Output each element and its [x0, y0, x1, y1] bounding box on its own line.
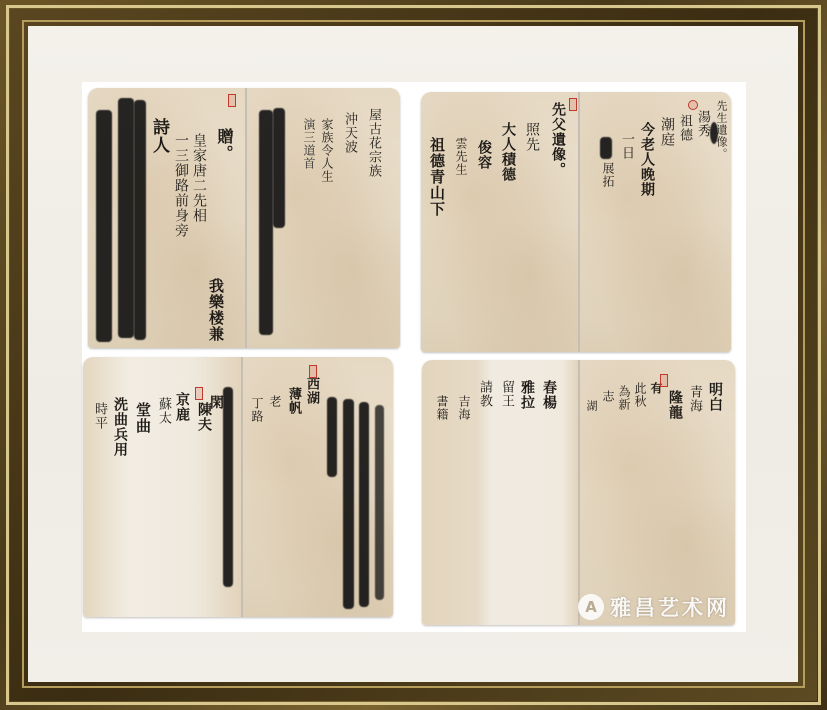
ink-censor-stroke	[118, 98, 134, 338]
text-column: 湖	[586, 400, 597, 412]
watermark-logo-icon: A	[578, 594, 604, 620]
text-column: 蘇太	[157, 397, 170, 425]
text-column: 祖德青山下	[429, 137, 444, 217]
ink-censor-stroke	[343, 399, 354, 609]
text-column: 詩人	[150, 118, 167, 154]
text-column: 吉海	[458, 395, 470, 421]
right-page: 丁路 老 薄帆 西湖	[243, 357, 393, 617]
text-column: 一三御路前身旁	[174, 133, 188, 238]
text-column: 照先	[525, 122, 539, 152]
red-seal	[228, 94, 236, 107]
text-column: 湯秀	[696, 110, 709, 138]
text-column: 此秋	[634, 382, 646, 408]
text-column: 俊容	[477, 140, 491, 170]
heading: 贈。	[216, 128, 232, 162]
right-page: 展拓 一日 今老人晚期 潮庭 祖德 湯秀 先生遺像。	[580, 92, 731, 352]
ink-censor-stroke	[259, 110, 273, 335]
ink-censor-stroke	[327, 397, 337, 477]
right-page: 演三道首 家族令人生 沖天波 屋古花宗族	[247, 88, 400, 348]
text-column: 洗曲兵用	[113, 397, 127, 457]
watermark: A 雅昌艺术网	[578, 590, 748, 624]
ink-censor-stroke	[273, 108, 285, 228]
text-column: 堂曲	[135, 402, 150, 434]
text-column: 雅拉	[520, 380, 534, 410]
ink-censor-stroke	[223, 387, 233, 587]
left-page: 書籍 吉海 請教 留王 雅拉 春楊	[422, 360, 578, 625]
left-page: 時平 洗曲兵用 堂曲 蘇太 京鹿 陳夫 閑	[83, 357, 241, 617]
text-column: 書籍	[436, 395, 448, 421]
manuscript-spread-top-left: 詩人 一三御路前身旁 皇家唐二先相 我樂楼兼 贈。 演三道首 家族令人生 沖天波…	[88, 88, 400, 348]
text-column: 閑	[209, 395, 223, 410]
ink-censor-stroke	[134, 100, 146, 340]
ink-blot	[600, 137, 612, 159]
ink-censor-stroke	[375, 405, 384, 600]
text-column: 京鹿	[175, 392, 189, 422]
manuscript-spread-bottom-right: 書籍 吉海 請教 留王 雅拉 春楊 湖 志 為新 此秋 有 隆龍 青海 明白	[422, 360, 735, 625]
heading: 先生遺像。	[716, 100, 727, 160]
text-column: 時平	[93, 402, 106, 430]
text-column: 祖德	[678, 114, 691, 142]
text-column: 老	[269, 395, 281, 408]
manuscript-spread-top-right: 祖德青山下 雲先生 俊容 大人積德 照先 先父遺像。 展拓 一日 今老人晚期 潮…	[421, 92, 731, 352]
left-page: 祖德青山下 雲先生 俊容 大人積德 照先 先父遺像。	[421, 92, 578, 352]
text-column: 展拓	[602, 162, 614, 188]
text-column: 今老人晚期	[640, 122, 654, 197]
text-column: 青海	[688, 385, 701, 413]
text-column: 皇家唐二先相	[192, 133, 206, 223]
red-seal	[195, 387, 203, 400]
text-column: 雲先生	[455, 137, 467, 176]
text-column: 大人積德	[501, 122, 515, 182]
watermark-text: 雅昌艺术网	[610, 592, 730, 622]
text-column: 隆龍	[668, 390, 682, 420]
text-column: 春楊	[542, 380, 556, 410]
text-column: 一日	[620, 132, 633, 160]
heading: 先父遺像。	[551, 102, 565, 177]
text-column: 志	[602, 390, 614, 403]
red-seal	[688, 100, 698, 110]
text-column: 潮庭	[660, 117, 674, 147]
manuscript-spread-bottom-left: 時平 洗曲兵用 堂曲 蘇太 京鹿 陳夫 閑 丁路 老 薄帆 西湖	[83, 357, 393, 617]
right-page: 湖 志 為新 此秋 有 隆龍 青海 明白	[580, 360, 735, 625]
text-column: 薄帆	[287, 387, 300, 415]
text-column: 明白	[708, 382, 722, 412]
left-page: 詩人 一三御路前身旁 皇家唐二先相 我樂楼兼 贈。	[88, 88, 245, 348]
text-column: 為新	[618, 385, 630, 411]
ink-censor-stroke	[359, 402, 369, 607]
red-seal	[309, 365, 317, 378]
red-seal	[660, 374, 668, 387]
text-column: 丁路	[251, 397, 263, 423]
text-column: 留王	[500, 380, 513, 408]
text-column: 我樂楼兼	[208, 278, 223, 342]
heading: 西湖	[305, 377, 318, 405]
text-column: 沖天波	[343, 112, 356, 154]
red-seal	[569, 98, 577, 111]
text-column: 家族令人生	[321, 118, 333, 183]
ink-censor-stroke	[96, 110, 112, 342]
text-column: 屋古花宗族	[367, 108, 380, 178]
text-column: 請教	[478, 380, 491, 408]
text-column: 演三道首	[303, 118, 315, 170]
